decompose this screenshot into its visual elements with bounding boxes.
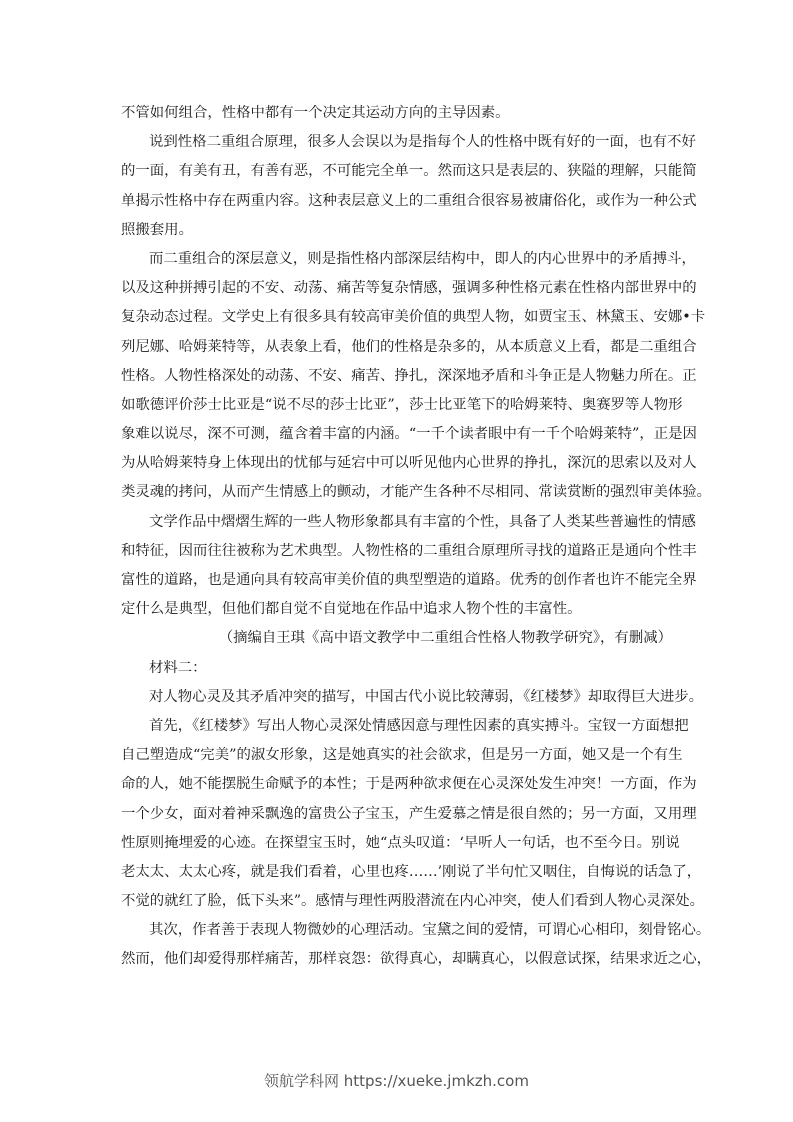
text-line: 为从哈姆莱特身上体现出的忧郁与延宕中可以听见他内心世界的挣扎，深沉的思索以及对人 [121, 449, 676, 478]
text-line: 类灵魂的拷问，从而产生情感上的颤动，才能产生各种不尽相同、常读赏断的强烈审美体验… [121, 478, 676, 507]
document-body: 不管如何组合，性格中都有一个决定其运动方向的主导因素。说到性格二重组合原理，很多… [121, 99, 676, 975]
text-line: 自己塑造成“完美”的淑女形象，这是她真实的社会欲求，但是另一方面，她又是一个有生 [121, 741, 676, 770]
text-line: 的一面，有美有丑，有善有恶，不可能完全单一。然而这只是表层的、狭隘的理解，只能简 [121, 157, 676, 186]
text-line: 复杂动态过程。文学史上有很多具有较高审美价值的典型人物，如贾宝玉、林黛玉、安娜•… [121, 303, 676, 332]
text-line: 以及这种拼搏引起的不安、动荡、痛苦等复杂情感，强调多种性格元素在性格内部世界中的 [121, 274, 676, 303]
text-line: 性格。人物性格深处的动荡、不安、痛苦、挣扎，深深地矛盾和斗争正是人物魅力所在。正 [121, 362, 676, 391]
text-line: 单揭示性格中存在两重内容。这种表层意义上的二重组合很容易被庸俗化，或作为一种公式 [121, 187, 676, 216]
text-line: 列尼娜、哈姆莱特等，从表象上看，他们的性格是杂多的，从本质意义上看，都是二重组合 [121, 333, 676, 362]
text-line: 性原则掩埋爱的心迹。在探望宝玉时，她“点头叹道：‘早听人一句话，也不至今日。别说 [121, 829, 676, 858]
footer-watermark: 领航学科网 https://xueke.jmkzh.com [0, 1070, 793, 1091]
text-line: 富性的道路，也是通向具有较高审美价值的典型塑造的道路。优秀的创作者也许不能完全界 [121, 566, 676, 595]
text-line: 照搬套用。 [121, 216, 676, 245]
text-line: 象难以说尽，深不可测，蕴含着丰富的内涵。“一千个读者眼中有一千个哈姆莱特”，正是… [121, 420, 676, 449]
text-line: 不觉的就红了脸，低下头来”。感情与理性两股潜流在内心冲突，使人们看到人物心灵深处… [121, 887, 676, 916]
text-line: （摘编自王琪《高中语文教学中二重组合性格人物教学研究》，有删减） [121, 624, 676, 653]
text-line: 如歌德评价莎士比亚是“说不尽的莎士比亚”，莎士比亚笔下的哈姆莱特、奥赛罗等人物形 [121, 391, 676, 420]
text-line: 对人物心灵及其矛盾冲突的描写，中国古代小说比较薄弱，《红楼梦》却取得巨大进步。 [121, 683, 676, 712]
text-line: 然而，他们却爱得那样痛苦，那样哀怨：欲得真心，却瞒真心，以假意试探，结果求近之心… [121, 945, 676, 974]
text-line: 老太太、太太心疼，就是我们看着，心里也疼……’刚说了半句忙又咽住，自悔说的话急了… [121, 858, 676, 887]
text-line: 和特征，因而往往被称为艺术典型。人物性格的二重组合原理所寻找的道路正是通向个性丰 [121, 537, 676, 566]
text-line: 而二重组合的深层意义，则是指性格内部深层结构中，即人的内心世界中的矛盾搏斗， [121, 245, 676, 274]
text-line: 文学作品中熠熠生辉的一些人物形象都具有丰富的个性，具备了人类某些普遍性的情感 [121, 508, 676, 537]
text-line: 不管如何组合，性格中都有一个决定其运动方向的主导因素。 [121, 99, 676, 128]
text-line: 说到性格二重组合原理，很多人会误以为是指每个人的性格中既有好的一面，也有不好 [121, 128, 676, 157]
text-line: 材料二： [121, 654, 676, 683]
text-line: 命的人，她不能摆脱生命赋予的本性；于是两种欲求便在心灵深处发生冲突！一方面，作为 [121, 770, 676, 799]
text-line: 定什么是典型，但他们都自觉不自觉地在作品中追求人物个性的丰富性。 [121, 595, 676, 624]
text-line: 一个少女，面对着神采飘逸的富贵公子宝玉，产生爱慕之情是很自然的；另一方面，又用理 [121, 800, 676, 829]
text-line: 首先，《红楼梦》写出人物心灵深处情感因意与理性因素的真实搏斗。宝钗一方面想把 [121, 712, 676, 741]
text-line: 其次，作者善于表现人物微妙的心理活动。宝黛之间的爱情，可谓心心相印，刻骨铭心。 [121, 916, 676, 945]
